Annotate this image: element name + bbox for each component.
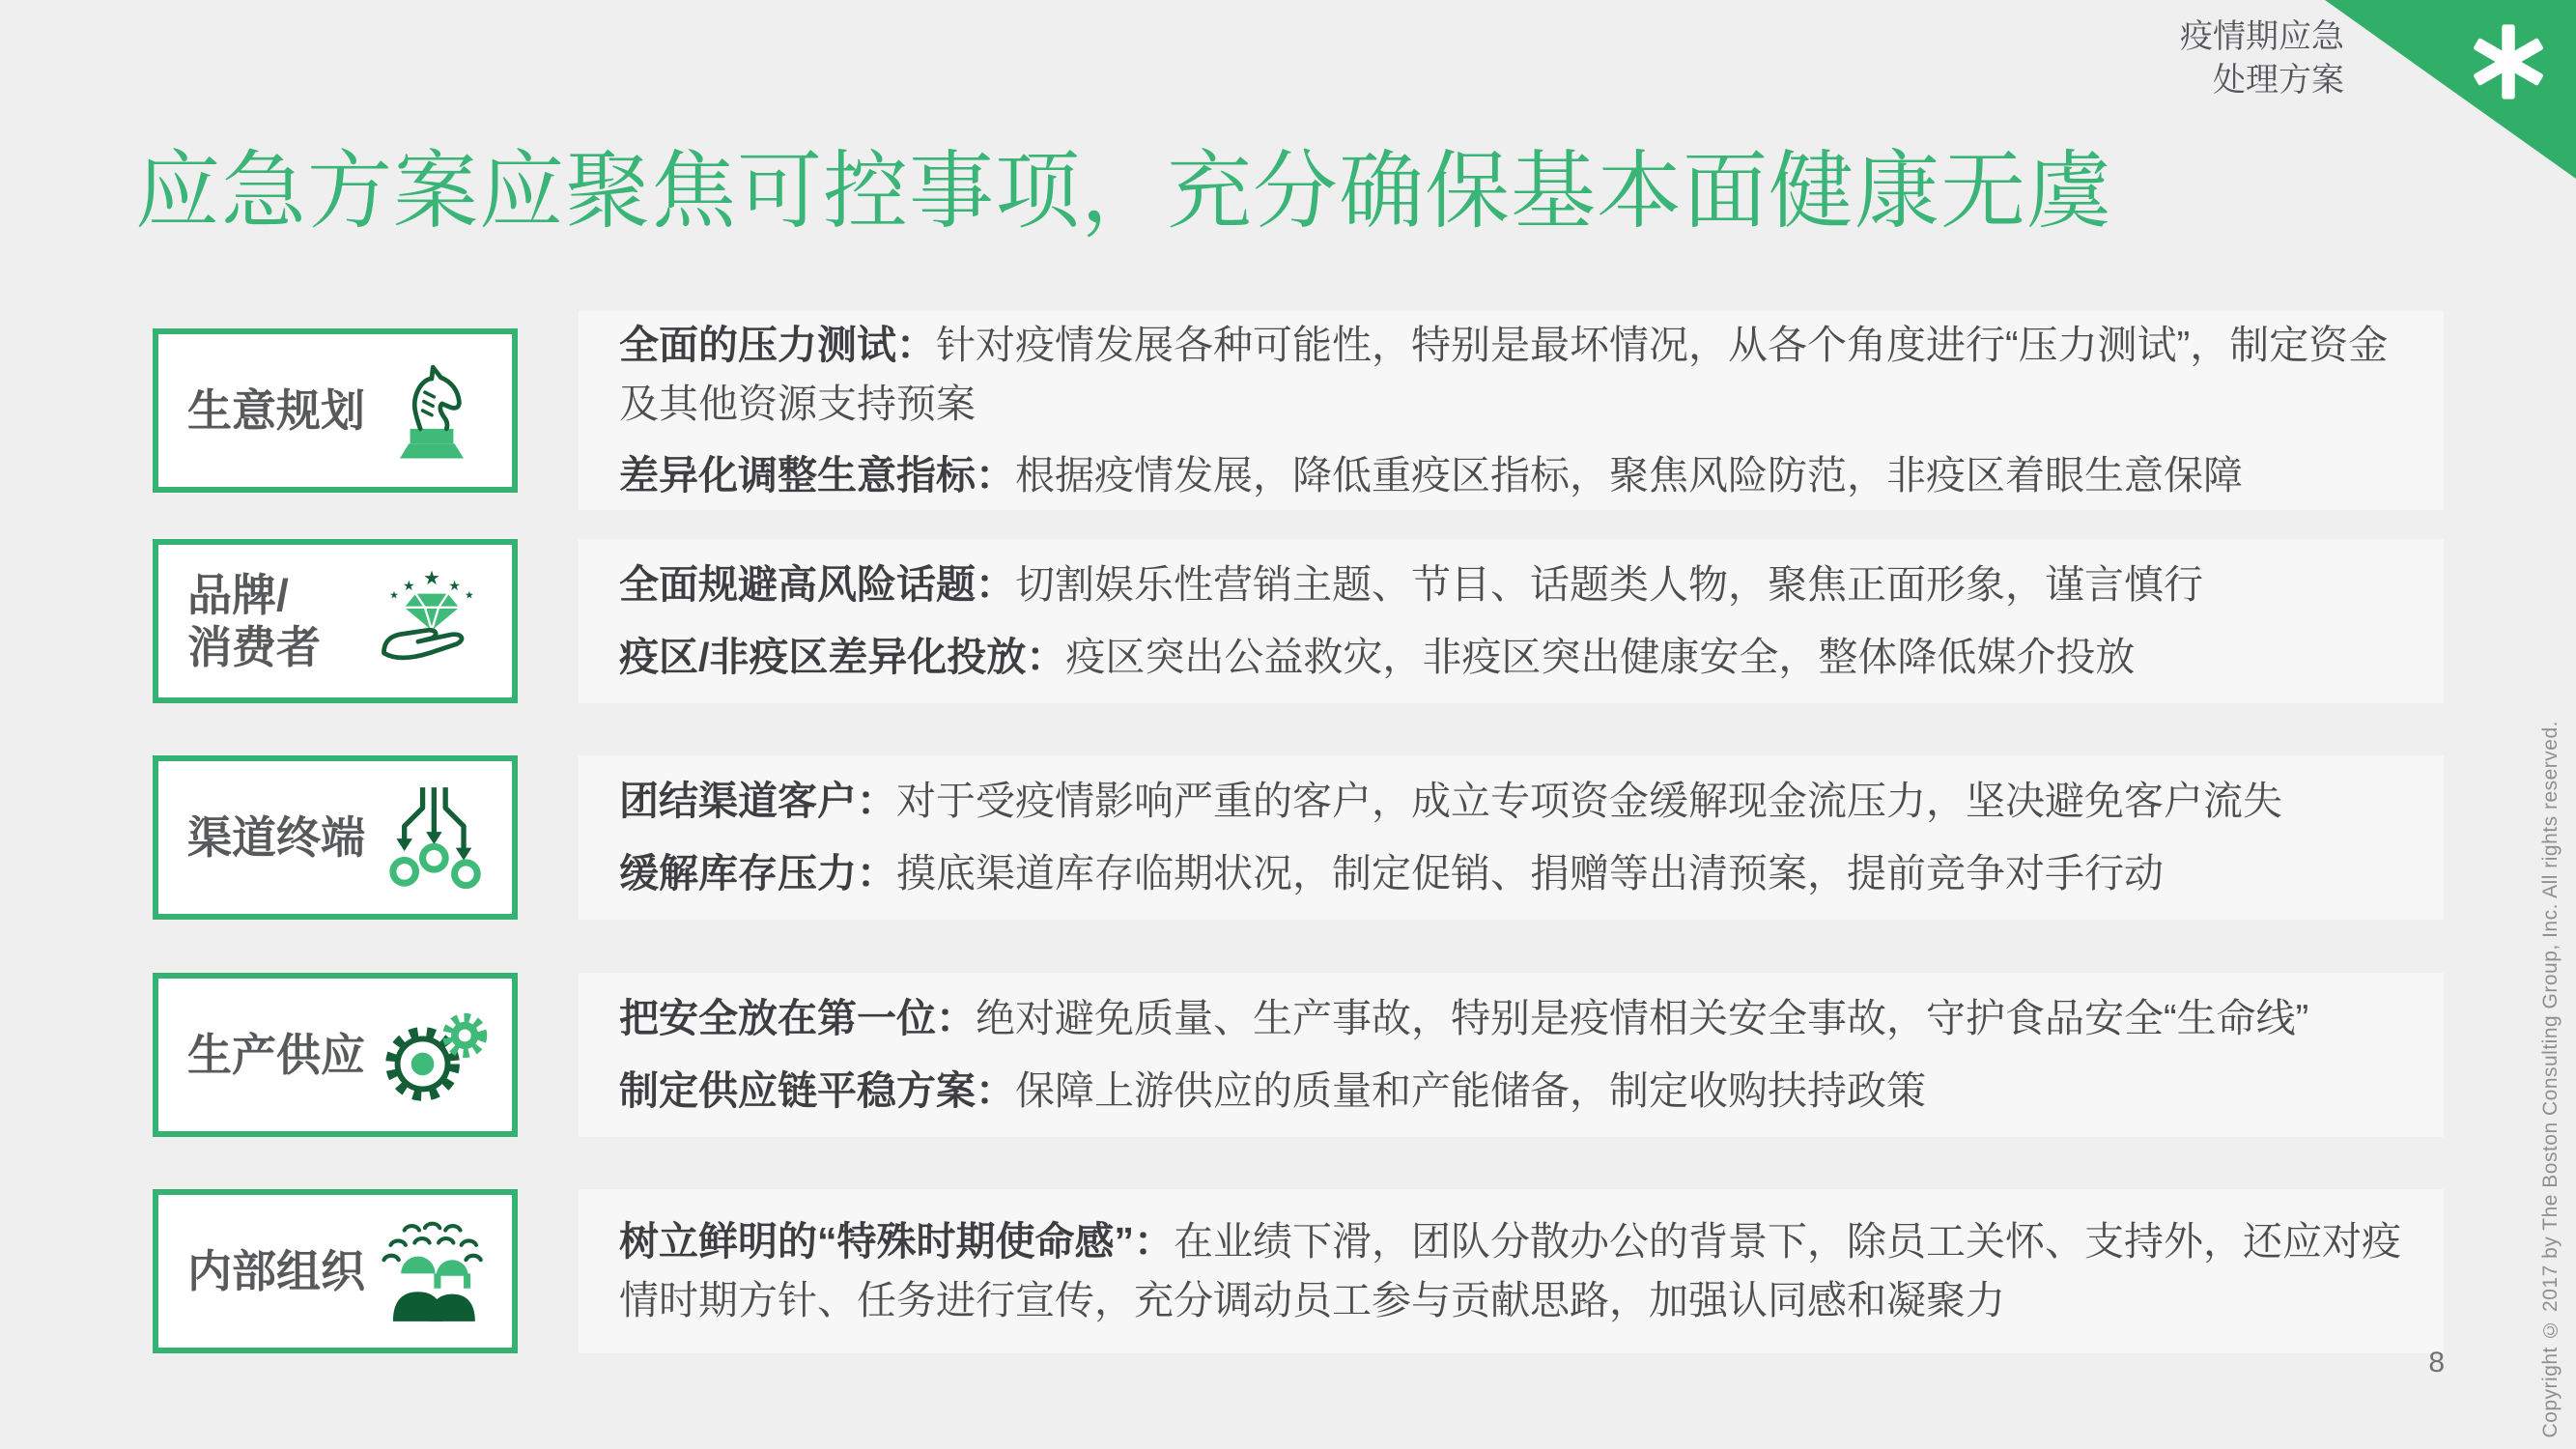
category-card-channel-terminal: 渠道终端 (153, 755, 518, 920)
bullet-lead: 疫区/非疫区差异化投放： (619, 635, 1065, 679)
bullet-lead: 缓解库存压力： (619, 851, 896, 895)
bullet: 差异化调整生意指标：根据疫情发展，降低重疫区指标，聚焦风险防范，非疫区着眼生意保… (619, 446, 2403, 505)
category-card-internal-organization: 内部组织 (153, 1189, 518, 1353)
category-card-business-planning: 生意规划 (153, 328, 518, 493)
bullet-lead: 差异化调整生意指标： (619, 453, 1015, 497)
slide-tag: 疫情期应急 处理方案 (2180, 15, 2344, 102)
hand-diamond-icon: ★ ★ ★ ★ ★ (375, 564, 489, 678)
category-label: 渠道终端 (187, 811, 365, 864)
content-card: 团结渠道客户：对于受疫情影响严重的客户，成立专项资金缓解现金流压力，坚决避免客户… (579, 755, 2444, 920)
bullet: 全面的压力测试：针对疫情发展各种可能性，特别是最坏情况，从各个角度进行“压力测试… (619, 316, 2403, 433)
svg-text:★: ★ (465, 589, 474, 601)
svg-text:★: ★ (448, 579, 461, 594)
bullet-text: 疫区突出公益救灾，非疫区突出健康安全，整体降低媒介投放 (1065, 635, 2135, 679)
category-card-brand-consumer: 品牌/ 消费者 ★ ★ ★ ★ ★ (153, 539, 518, 703)
page-number: 8 (2428, 1347, 2445, 1379)
copyright-text: Copyright © 2017 by The Boston Consultin… (2539, 721, 2562, 1437)
gears-icon (375, 998, 489, 1112)
star-of-life-icon (2468, 21, 2549, 102)
svg-text:★: ★ (423, 568, 440, 589)
svg-text:★: ★ (389, 589, 399, 601)
category-label: 生意规划 (187, 384, 365, 437)
bullet-lead: 全面规避高风险话题： (619, 562, 1015, 607)
svg-text:★: ★ (403, 579, 415, 594)
bullet: 疫区/非疫区差异化投放：疫区突出公益救灾，非疫区突出健康安全，整体降低媒介投放 (619, 628, 2403, 687)
bullet: 全面规避高风险话题：切割娱乐性营销主题、节目、话题类人物，聚焦正面形象，谨言慎行 (619, 555, 2403, 614)
chess-knight-icon (375, 354, 489, 468)
bullet: 缓解库存压力：摸底渠道库存临期状况，制定促销、捐赠等出清预案，提前竞争对手行动 (619, 844, 2403, 903)
bullet-lead: 树立鲜明的“特殊时期使命感”： (619, 1219, 1174, 1264)
bullet-lead: 全面的压力测试： (619, 323, 936, 367)
page-title: 应急方案应聚焦可控事项，充分确保基本面健康无虞 (135, 124, 2112, 245)
team-icon (375, 1214, 489, 1328)
category-label: 生产供应 (187, 1029, 365, 1081)
bullet-text: 根据疫情发展，降低重疫区指标，聚焦风险防范，非疫区着眼生意保障 (1015, 453, 2243, 497)
bullet-text: 摸底渠道库存临期状况，制定促销、捐赠等出清预案，提前竞争对手行动 (896, 851, 2164, 895)
content-card: 树立鲜明的“特殊时期使命感”：在业绩下滑，团队分散办公的背景下，除员工关怀、支持… (579, 1189, 2444, 1353)
bullet: 制定供应链平稳方案：保障上游供应的质量和产能储备，制定收购扶持政策 (619, 1062, 2403, 1121)
category-card-production-supply: 生产供应 (153, 973, 518, 1137)
category-label: 品牌/ 消费者 (187, 569, 321, 674)
bullet-lead: 团结渠道客户： (619, 779, 896, 823)
topic-row: 渠道终端 (153, 755, 2444, 920)
topic-row: 内部组织 (153, 1189, 2444, 1353)
topic-row: 生意规划 全面的压力测试：针对疫情发展各种可能性，特别是最坏情况，从各个角度进行… (153, 311, 2444, 510)
distribution-arrows-icon (375, 781, 489, 895)
bullet: 把安全放在第一位：绝对避免质量、生产事故，特别是疫情相关安全事故，守护食品安全“… (619, 989, 2403, 1048)
bullet-text: 对于受疫情影响严重的客户，成立专项资金缓解现金流压力，坚决避免客户流失 (896, 779, 2282, 823)
category-label: 内部组织 (187, 1245, 365, 1297)
bullet: 树立鲜明的“特殊时期使命感”：在业绩下滑，团队分散办公的背景下，除员工关怀、支持… (619, 1212, 2403, 1329)
slide: 疫情期应急 处理方案 应急方案应聚焦可控事项，充分确保基本面健康无虞 生意规划 … (0, 0, 2576, 1449)
bullet-text: 保障上游供应的质量和产能储备，制定收购扶持政策 (1015, 1068, 1926, 1113)
topic-row: 生产供应 把安全放在第一位：绝对避免质量、生产事故，特别是疫情相关安全事故，守护… (153, 973, 2444, 1137)
topic-row: 品牌/ 消费者 ★ ★ ★ ★ ★ 全面规避高风险话题：切割娱乐性营销主题、节目… (153, 539, 2444, 703)
content-card: 把安全放在第一位：绝对避免质量、生产事故，特别是疫情相关安全事故，守护食品安全“… (579, 973, 2444, 1137)
bullet-lead: 把安全放在第一位： (619, 996, 976, 1040)
bullet: 团结渠道客户：对于受疫情影响严重的客户，成立专项资金缓解现金流压力，坚决避免客户… (619, 772, 2403, 831)
corner-triangle (2325, 0, 2576, 179)
content-card: 全面的压力测试：针对疫情发展各种可能性，特别是最坏情况，从各个角度进行“压力测试… (579, 311, 2444, 510)
bullet-text: 绝对避免质量、生产事故，特别是疫情相关安全事故，守护食品安全“生命线” (976, 996, 2308, 1040)
bullet-text: 切割娱乐性营销主题、节目、话题类人物，聚焦正面形象，谨言慎行 (1015, 562, 2203, 607)
bullet-lead: 制定供应链平稳方案： (619, 1068, 1015, 1113)
content-card: 全面规避高风险话题：切割娱乐性营销主题、节目、话题类人物，聚焦正面形象，谨言慎行… (579, 539, 2444, 703)
